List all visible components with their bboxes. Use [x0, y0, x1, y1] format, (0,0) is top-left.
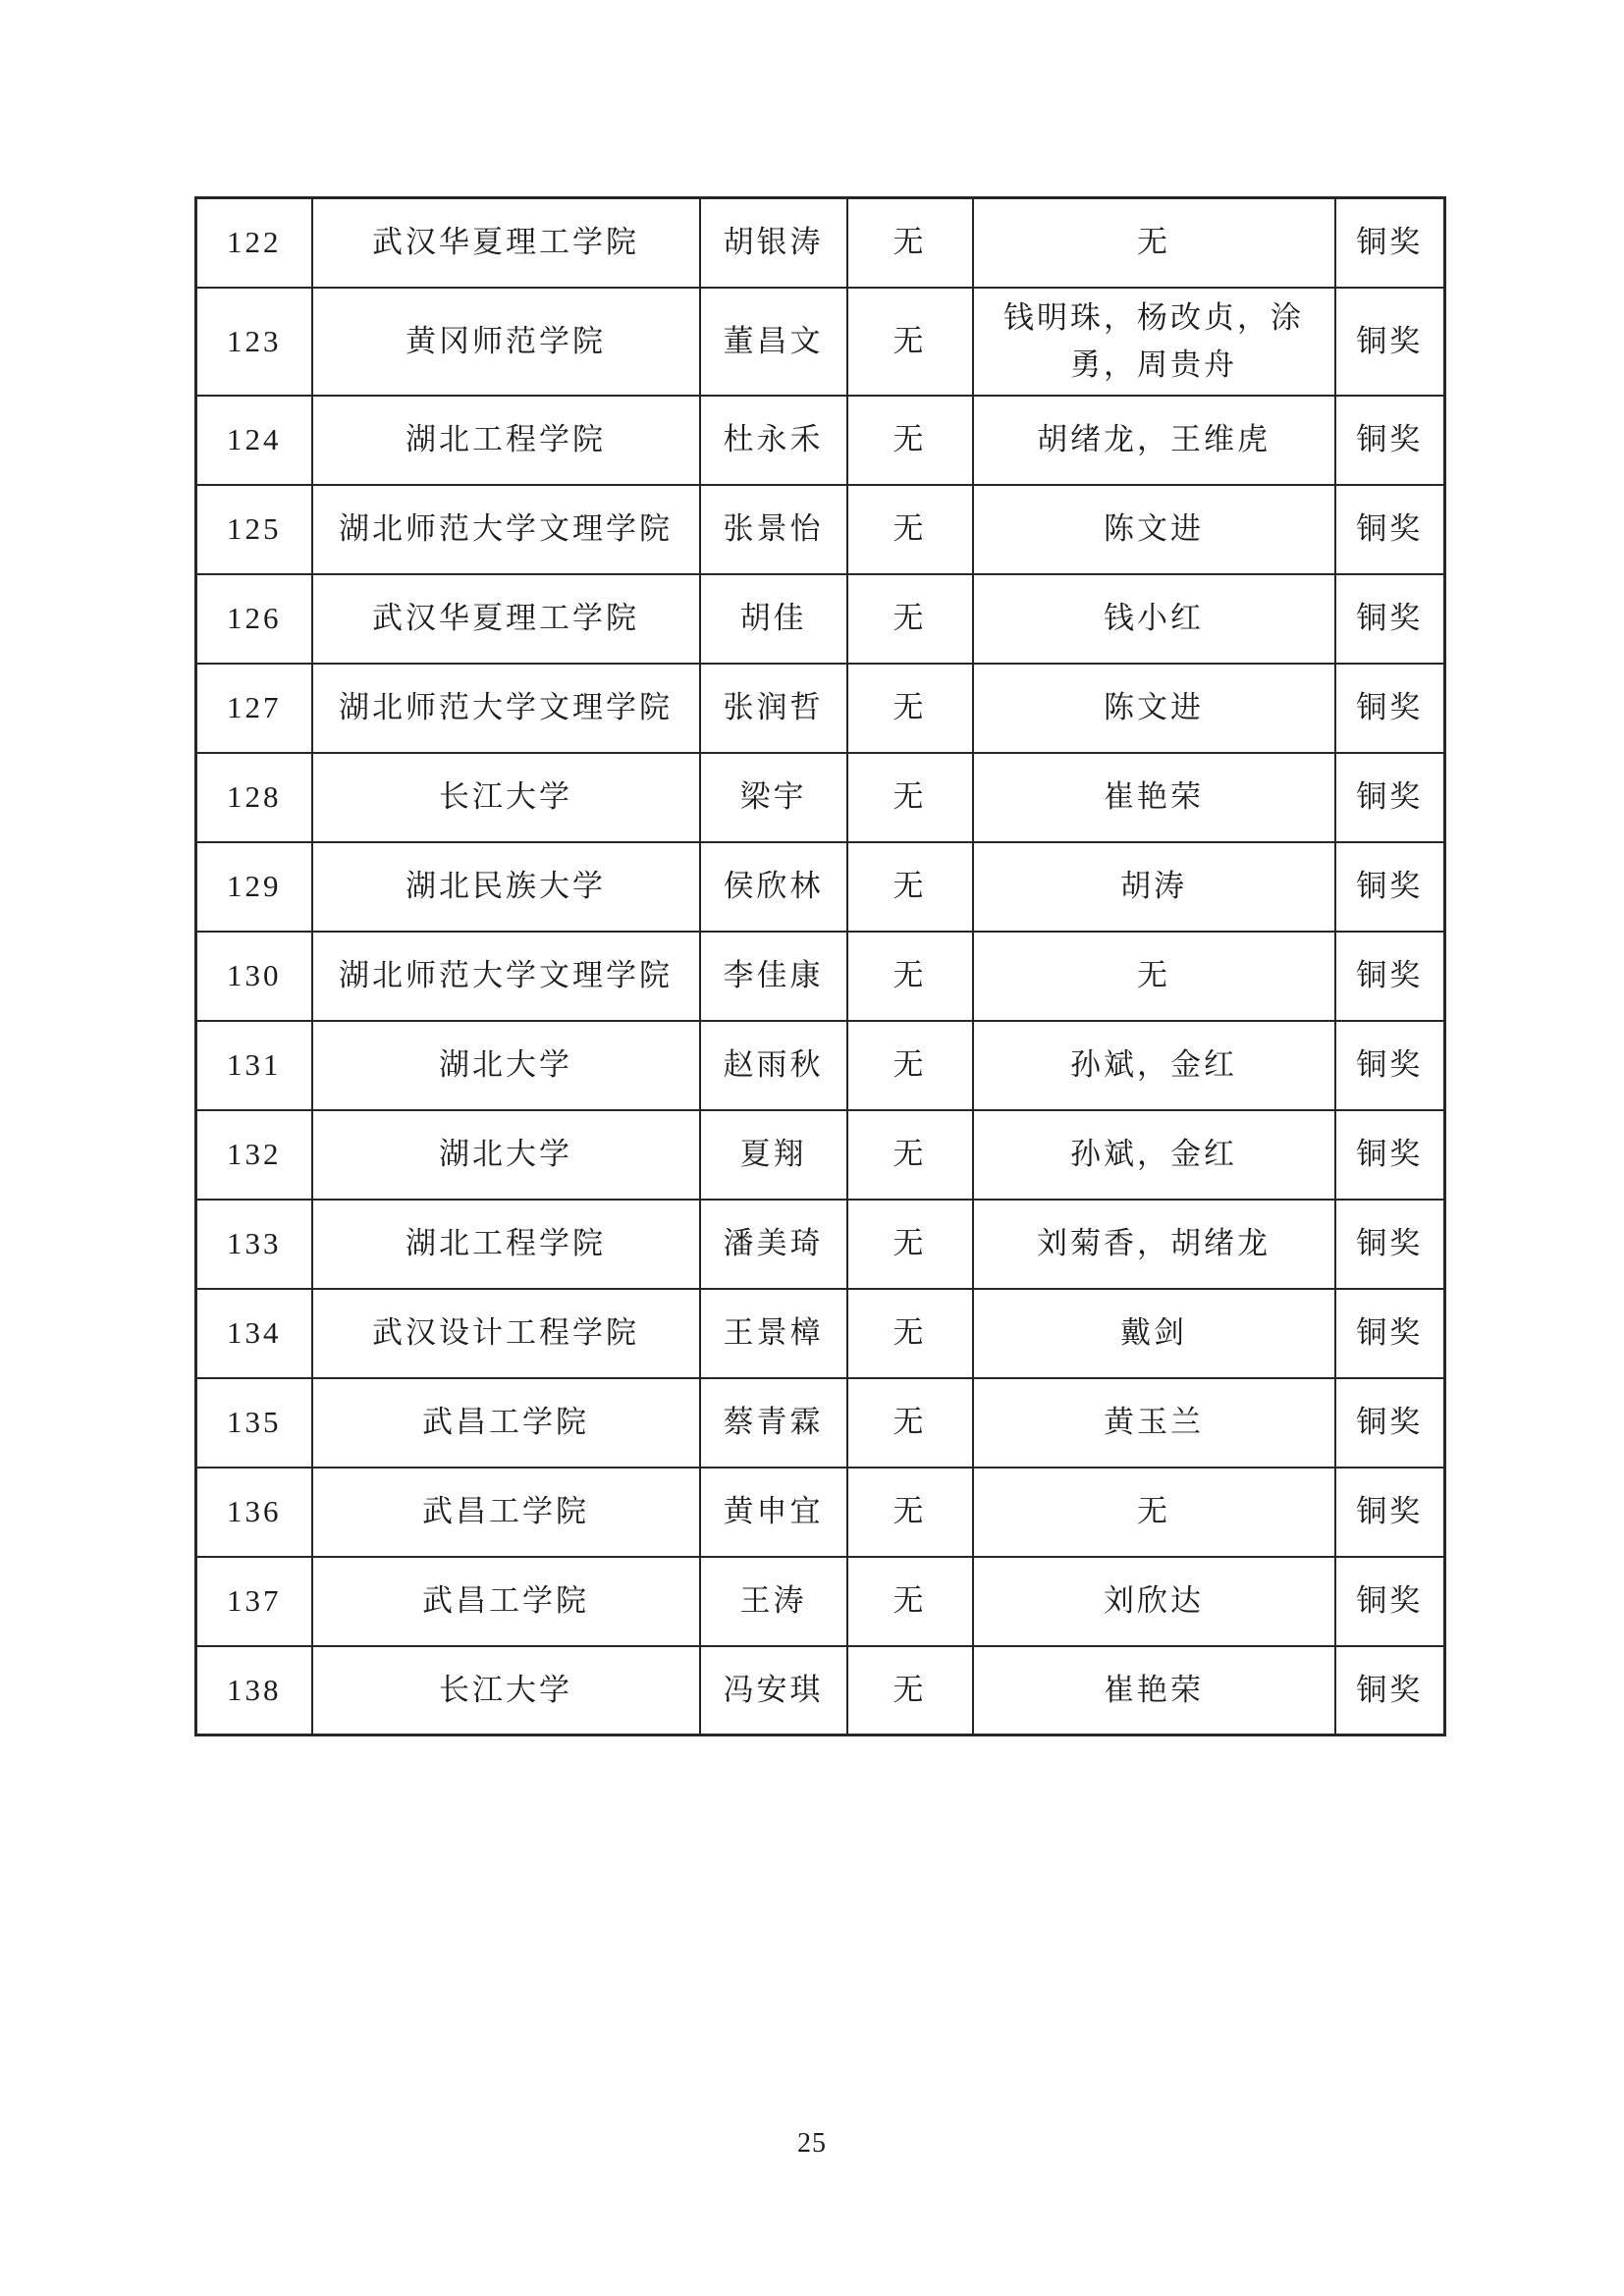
award-cell: 铜奖	[1335, 1289, 1445, 1378]
table-row: 132湖北大学夏翔无孙斌，金红铜奖	[196, 1110, 1445, 1200]
row-number-cell: 133	[196, 1200, 312, 1289]
table-row: 134武汉设计工程学院王景樟无戴剑铜奖	[196, 1289, 1445, 1378]
award-cell: 铜奖	[1335, 574, 1445, 664]
table-row: 125湖北师范大学文理学院张景怡无陈文进铜奖	[196, 485, 1445, 574]
school-cell: 长江大学	[312, 1646, 700, 1735]
student-name-cell: 李佳康	[700, 932, 847, 1021]
school-cell: 武昌工学院	[312, 1557, 700, 1646]
student-name-cell: 夏翔	[700, 1110, 847, 1200]
advisors-cell: 崔艳荣	[973, 1646, 1335, 1735]
column4-cell: 无	[847, 1378, 973, 1468]
school-cell: 黄冈师范学院	[312, 288, 700, 396]
column4-cell: 无	[847, 664, 973, 753]
award-cell: 铜奖	[1335, 842, 1445, 932]
table-row: 138长江大学冯安琪无崔艳荣铜奖	[196, 1646, 1445, 1735]
school-cell: 武汉设计工程学院	[312, 1289, 700, 1378]
awards-table-body: 122武汉华夏理工学院胡银涛无无铜奖123黄冈师范学院董昌文无钱明珠，杨改贞，涂…	[196, 198, 1445, 1735]
award-cell: 铜奖	[1335, 664, 1445, 753]
student-name-cell: 潘美琦	[700, 1200, 847, 1289]
advisors-cell: 陈文进	[973, 664, 1335, 753]
column4-cell: 无	[847, 1021, 973, 1110]
student-name-cell: 胡佳	[700, 574, 847, 664]
advisors-cell: 孙斌，金红	[973, 1021, 1335, 1110]
student-name-cell: 王涛	[700, 1557, 847, 1646]
row-number-cell: 125	[196, 485, 312, 574]
row-number-cell: 124	[196, 396, 312, 485]
award-cell: 铜奖	[1335, 1646, 1445, 1735]
student-name-cell: 王景樟	[700, 1289, 847, 1378]
column4-cell: 无	[847, 1646, 973, 1735]
column4-cell: 无	[847, 932, 973, 1021]
award-cell: 铜奖	[1335, 1110, 1445, 1200]
column4-cell: 无	[847, 1557, 973, 1646]
advisors-cell: 胡绪龙，王维虎	[973, 396, 1335, 485]
award-cell: 铜奖	[1335, 1468, 1445, 1557]
column4-cell: 无	[847, 288, 973, 396]
award-cell: 铜奖	[1335, 485, 1445, 574]
column4-cell: 无	[847, 574, 973, 664]
table-row: 122武汉华夏理工学院胡银涛无无铜奖	[196, 198, 1445, 288]
column4-cell: 无	[847, 1289, 973, 1378]
award-cell: 铜奖	[1335, 932, 1445, 1021]
student-name-cell: 蔡青霖	[700, 1378, 847, 1468]
school-cell: 武昌工学院	[312, 1468, 700, 1557]
school-cell: 湖北大学	[312, 1110, 700, 1200]
row-number-cell: 122	[196, 198, 312, 288]
advisors-cell: 崔艳荣	[973, 753, 1335, 842]
page-number: 25	[0, 2128, 1624, 2160]
student-name-cell: 董昌文	[700, 288, 847, 396]
student-name-cell: 黄申宜	[700, 1468, 847, 1557]
advisors-cell: 钱小红	[973, 574, 1335, 664]
column4-cell: 无	[847, 842, 973, 932]
document-page: 122武汉华夏理工学院胡银涛无无铜奖123黄冈师范学院董昌文无钱明珠，杨改贞，涂…	[0, 0, 1624, 2296]
row-number-cell: 134	[196, 1289, 312, 1378]
row-number-cell: 129	[196, 842, 312, 932]
student-name-cell: 张景怡	[700, 485, 847, 574]
row-number-cell: 126	[196, 574, 312, 664]
school-cell: 湖北师范大学文理学院	[312, 664, 700, 753]
award-cell: 铜奖	[1335, 753, 1445, 842]
row-number-cell: 130	[196, 932, 312, 1021]
row-number-cell: 127	[196, 664, 312, 753]
table-row: 130湖北师范大学文理学院李佳康无无铜奖	[196, 932, 1445, 1021]
school-cell: 湖北工程学院	[312, 396, 700, 485]
school-cell: 湖北工程学院	[312, 1200, 700, 1289]
advisors-cell: 刘欣达	[973, 1557, 1335, 1646]
row-number-cell: 138	[196, 1646, 312, 1735]
table-row: 137武昌工学院王涛无刘欣达铜奖	[196, 1557, 1445, 1646]
advisors-cell: 无	[973, 198, 1335, 288]
advisors-cell: 无	[973, 1468, 1335, 1557]
table-row: 126武汉华夏理工学院胡佳无钱小红铜奖	[196, 574, 1445, 664]
student-name-cell: 侯欣林	[700, 842, 847, 932]
school-cell: 湖北大学	[312, 1021, 700, 1110]
school-cell: 武汉华夏理工学院	[312, 198, 700, 288]
row-number-cell: 132	[196, 1110, 312, 1200]
table-row: 136武昌工学院黄申宜无无铜奖	[196, 1468, 1445, 1557]
student-name-cell: 梁宇	[700, 753, 847, 842]
row-number-cell: 137	[196, 1557, 312, 1646]
award-cell: 铜奖	[1335, 288, 1445, 396]
advisors-cell: 无	[973, 932, 1335, 1021]
student-name-cell: 胡银涛	[700, 198, 847, 288]
advisors-cell: 胡涛	[973, 842, 1335, 932]
row-number-cell: 135	[196, 1378, 312, 1468]
advisors-cell: 陈文进	[973, 485, 1335, 574]
advisors-cell: 钱明珠，杨改贞，涂勇，周贵舟	[973, 288, 1335, 396]
row-number-cell: 123	[196, 288, 312, 396]
advisors-cell: 戴剑	[973, 1289, 1335, 1378]
table-row: 133湖北工程学院潘美琦无刘菊香，胡绪龙铜奖	[196, 1200, 1445, 1289]
school-cell: 长江大学	[312, 753, 700, 842]
award-cell: 铜奖	[1335, 1200, 1445, 1289]
column4-cell: 无	[847, 1468, 973, 1557]
row-number-cell: 128	[196, 753, 312, 842]
table-row: 131湖北大学赵雨秋无孙斌，金红铜奖	[196, 1021, 1445, 1110]
advisors-cell: 黄玉兰	[973, 1378, 1335, 1468]
award-cell: 铜奖	[1335, 396, 1445, 485]
student-name-cell: 杜永禾	[700, 396, 847, 485]
column4-cell: 无	[847, 1200, 973, 1289]
award-cell: 铜奖	[1335, 1557, 1445, 1646]
table-row: 127湖北师范大学文理学院张润哲无陈文进铜奖	[196, 664, 1445, 753]
table-row: 129湖北民族大学侯欣林无胡涛铜奖	[196, 842, 1445, 932]
award-cell: 铜奖	[1335, 1378, 1445, 1468]
student-name-cell: 冯安琪	[700, 1646, 847, 1735]
row-number-cell: 136	[196, 1468, 312, 1557]
table-row: 124湖北工程学院杜永禾无胡绪龙，王维虎铜奖	[196, 396, 1445, 485]
advisors-cell: 孙斌，金红	[973, 1110, 1335, 1200]
advisors-cell: 刘菊香，胡绪龙	[973, 1200, 1335, 1289]
award-cell: 铜奖	[1335, 198, 1445, 288]
row-number-cell: 131	[196, 1021, 312, 1110]
column4-cell: 无	[847, 198, 973, 288]
table-row: 135武昌工学院蔡青霖无黄玉兰铜奖	[196, 1378, 1445, 1468]
school-cell: 湖北师范大学文理学院	[312, 485, 700, 574]
school-cell: 武汉华夏理工学院	[312, 574, 700, 664]
awards-table: 122武汉华夏理工学院胡银涛无无铜奖123黄冈师范学院董昌文无钱明珠，杨改贞，涂…	[194, 196, 1446, 1736]
table-row: 128长江大学梁宇无崔艳荣铜奖	[196, 753, 1445, 842]
column4-cell: 无	[847, 753, 973, 842]
column4-cell: 无	[847, 1110, 973, 1200]
column4-cell: 无	[847, 485, 973, 574]
school-cell: 湖北师范大学文理学院	[312, 932, 700, 1021]
school-cell: 湖北民族大学	[312, 842, 700, 932]
student-name-cell: 赵雨秋	[700, 1021, 847, 1110]
student-name-cell: 张润哲	[700, 664, 847, 753]
table-row: 123黄冈师范学院董昌文无钱明珠，杨改贞，涂勇，周贵舟铜奖	[196, 288, 1445, 396]
award-cell: 铜奖	[1335, 1021, 1445, 1110]
column4-cell: 无	[847, 396, 973, 485]
school-cell: 武昌工学院	[312, 1378, 700, 1468]
